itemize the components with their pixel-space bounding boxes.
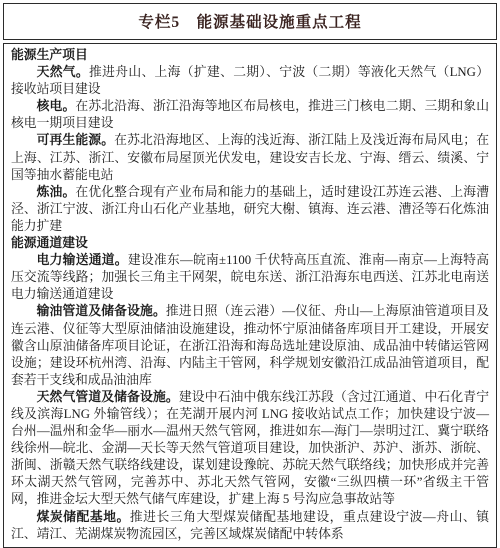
box-title: 专栏5 能源基础设施重点工程 bbox=[3, 3, 497, 40]
item-nuclear-text: 在苏北沿海、浙江沿海等地区布局核电，推进三门核电二期、三期和象山核电一期项目建设 bbox=[11, 99, 489, 130]
section-header-energy-production: 能源生产项目 bbox=[11, 47, 489, 64]
item-gas-pipelines-label: 天然气管道及储备设施。 bbox=[37, 390, 179, 404]
item-gas-pipelines: 天然气管道及储备设施。建设中石油中俄东线江苏段（含过江通道、中石化青宁线及滨海L… bbox=[11, 389, 489, 509]
document-page: 专栏5 能源基础设施重点工程 能源生产项目 天然气。推进舟山、上海（扩建、二期）… bbox=[0, 0, 500, 459]
item-renewables-label: 可再生能源。 bbox=[37, 133, 115, 147]
item-oil-pipelines: 输油管道及储备设施。推进日照（连云港）—仪征、舟山—上海原油管道项目及连云港、仪… bbox=[11, 303, 489, 388]
item-natural-gas: 天然气。推进舟山、上海（扩建、二期）、宁波（二期）等液化天然气（LNG）接收站项… bbox=[11, 64, 489, 98]
item-natural-gas-label: 天然气。 bbox=[37, 65, 89, 79]
box-body: 能源生产项目 天然气。推进舟山、上海（扩建、二期）、宁波（二期）等液化天然气（L… bbox=[3, 43, 497, 548]
item-nuclear: 核电。在苏北沿海、浙江沿海等地区布局核电，推进三门核电二期、三期和象山核电一期项… bbox=[11, 98, 489, 132]
item-power-transmission: 电力输送通道。建设准东—皖南±1100 千伏特高压直流、淮南—南京—上海特高压交… bbox=[11, 252, 489, 303]
box-title-text: 专栏5 能源基础设施重点工程 bbox=[138, 14, 361, 31]
item-power-transmission-label: 电力输送通道。 bbox=[37, 253, 128, 267]
section-header-energy-channels: 能源通道建设 bbox=[11, 235, 489, 252]
item-refining-text: 在优化整合现有产业布局和能力的基础上，适时建设江苏连云港、上海漕泾、浙江宁波、浙… bbox=[11, 185, 489, 233]
item-coal-storage: 煤炭储配基地。推进长三角大型煤炭储配基地建设，重点建设宁波—舟山、镇江、靖江、芜… bbox=[11, 509, 489, 543]
item-nuclear-label: 核电。 bbox=[37, 99, 76, 113]
item-gas-pipelines-text: 建设中石油中俄东线江苏段（含过江通道、中石化青宁线及滨海LNG 外输管线）；在芜… bbox=[11, 390, 489, 507]
item-refining: 炼油。在优化整合现有产业布局和能力的基础上，适时建设江苏连云港、上海漕泾、浙江宁… bbox=[11, 184, 489, 235]
item-oil-pipelines-label: 输油管道及储备设施。 bbox=[37, 304, 166, 318]
item-coal-storage-label: 煤炭储配基地。 bbox=[37, 510, 130, 524]
item-renewables: 可再生能源。在苏北沿海地区、上海的浅近海、浙江陆上及浅近海布局风电；在上海、江苏… bbox=[11, 132, 489, 183]
item-refining-label: 炼油。 bbox=[37, 185, 76, 199]
